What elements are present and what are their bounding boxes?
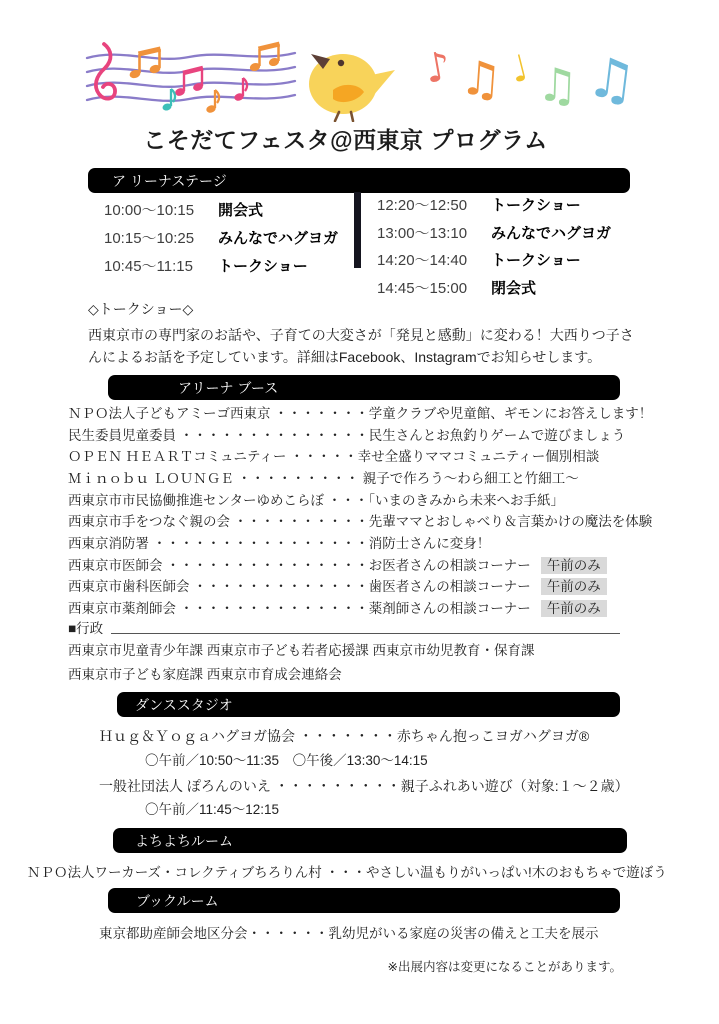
section-header-arena-stage: ア リーナステージ: [88, 168, 630, 193]
schedule-row: 13:00～13:10みんなでハグヨガ: [377, 220, 611, 248]
note-coral-icon: ♪: [422, 46, 454, 90]
schedule-row: 10:15～10:25みんなでハグヨガ: [104, 225, 338, 253]
section-header-book-room: ブックルーム: [108, 888, 620, 913]
section-header-arena-booth: アリーナ ブース: [108, 375, 620, 400]
administration-line: 西東京市児童青少年課 西東京市子ども若者応援課 西東京市幼児教育・保育課: [68, 640, 620, 661]
booth-text: 民生委員児童委員 ・・・・・・・・・・・・・・民生さんとお魚釣りゲームで遊びまし…: [68, 428, 625, 443]
section-header-label: ダンススタジオ: [135, 695, 233, 715]
note-orange-icon: ♫: [458, 55, 503, 105]
list-item: 西東京消防署 ・・・・・・・・・・・・・・・・消防士さんに変身！: [68, 533, 688, 555]
booth-text: Ｍｉｎｏｂｕ ＬＯＵＮＧＥ ・・・・・・・・・ 親子で作ろう～わら細工と竹細工～: [68, 471, 579, 486]
section-header-dance-studio: ダンススタジオ: [117, 692, 620, 717]
schedule-time: 13:00～13:10: [377, 220, 483, 248]
note-yellow-icon: ♩: [507, 50, 532, 89]
schedule-label: 閉会式: [491, 280, 536, 297]
list-item: 民生委員児童委員 ・・・・・・・・・・・・・・民生さんとお魚釣りゲームで遊びまし…: [68, 425, 688, 447]
music-staff-with-notes-icon: [83, 40, 298, 123]
talkshow-text-line: んによるお話を予定しています。詳細はFacebook、Instagramでお知ら…: [88, 346, 653, 368]
list-item: ＮＰＯ法人子どもアミーゴ西東京 ・・・・・・・学童クラブや児童館、ギモンにお答え…: [68, 403, 688, 425]
program-flyer-page: ♪ ♫ ♩ ♫ ♫ こそだてフェスタ@西東京 プログラム ア リーナステージ 1…: [0, 0, 719, 1024]
list-item: 西東京市市民協働推進センターゆめこらぼ ・・・「いまのきみから未来へお手紙」: [68, 490, 688, 512]
booth-text: 西東京消防署 ・・・・・・・・・・・・・・・・消防士さんに変身！: [68, 536, 490, 551]
morning-only-badge: 午前のみ: [541, 578, 607, 595]
schedule-label: みんなでハグヨガ: [218, 230, 338, 247]
administration-line: 西東京市子ども家庭課 西東京市育成会連絡会: [68, 664, 620, 685]
note-green-icon: ♫: [536, 61, 579, 108]
list-item: 一般社団法人 ぽろんのいえ ・・・・・・・・・親子ふれあい遊び（対象:１～２歳）: [99, 776, 629, 796]
booth-text: ＮＰＯ法人子どもアミーゴ西東京 ・・・・・・・学童クラブや児童館、ギモンにお答え…: [68, 406, 652, 421]
schedule-row: 10:00～10:15開会式: [104, 197, 338, 225]
note-blue-icon: ♫: [584, 49, 640, 110]
talkshow-text-line: 西東京市の専門家のお話や、子育ての大変さが「発見と感動」に変わる！大西りつ子さ: [88, 324, 653, 346]
section-header-label: ア リーナステージ: [112, 171, 227, 191]
booth-text: 西東京市薬剤師会 ・・・・・・・・・・・・・・薬剤師さんの相談コーナー: [68, 601, 531, 616]
list-item: 西東京市手をつなぐ親の会 ・・・・・・・・・・先輩ママとおしゃべり＆言葉かけの魔…: [68, 511, 688, 533]
schedule-time: 10:00～10:15: [104, 197, 210, 225]
list-item: Ｈｕｇ＆Ｙｏｇａハグヨガ協会 ・・・・・・・赤ちゃん抱っこヨガハグヨガ®: [99, 726, 589, 746]
section-header-yochiyochi-room: よちよちルーム: [113, 828, 627, 853]
administration-heading: ■行政: [68, 617, 620, 637]
disclaimer-note: ※出展内容は変更になることがあります。: [0, 957, 622, 975]
schedule-label: トークショー: [491, 197, 581, 214]
talkshow-title: ◇トークショー◇: [88, 299, 653, 319]
session-times: 〇午前／10:50～11:35 〇午後／13:30～14:15: [145, 749, 428, 769]
schedule-row: 12:20～12:50トークショー: [377, 192, 611, 220]
booth-list: ＮＰＯ法人子どもアミーゴ西東京 ・・・・・・・学童クラブや児童館、ギモンにお答え…: [68, 403, 688, 620]
schedule-label: トークショー: [218, 258, 308, 275]
page-title: こそだてフェスタ@西東京 プログラム: [0, 122, 705, 155]
stage-schedule-afternoon: 12:20～12:50トークショー 13:00～13:10みんなでハグヨガ 14…: [377, 192, 611, 302]
section-header-label: アリーナ ブース: [178, 378, 278, 398]
section-header-label: ブックルーム: [136, 891, 219, 911]
section-header-label: よちよちルーム: [135, 831, 233, 851]
chick-bird-icon: [303, 42, 398, 127]
heading-rule: [111, 633, 620, 634]
booth-text: 西東京市歯科医師会 ・・・・・・・・・・・・・歯医者さんの相談コーナー: [68, 579, 531, 594]
schedule-row: 14:20～14:40トークショー: [377, 247, 611, 275]
schedule-time: 12:20～12:50: [377, 192, 483, 220]
stage-schedule-morning: 10:00～10:15開会式 10:15～10:25みんなでハグヨガ 10:45…: [104, 197, 338, 281]
schedule-time: 10:15～10:25: [104, 225, 210, 253]
schedule-label: トークショー: [491, 252, 581, 269]
list-item: ＮＰＯ法人ワーカーズ・コレクティブちろりん村 ・・・やさしい温もりがいっぱい!木…: [27, 861, 712, 881]
morning-only-badge: 午前のみ: [541, 600, 607, 617]
schedule-row: 10:45～11:15トークショー: [104, 253, 338, 281]
list-item: 西東京市歯科医師会 ・・・・・・・・・・・・・歯医者さんの相談コーナー午前のみ: [68, 576, 688, 598]
talkshow-description: ◇トークショー◇ 西東京市の専門家のお話や、子育ての大変さが「発見と感動」に変わ…: [88, 299, 653, 369]
schedule-time: 14:20～14:40: [377, 247, 483, 275]
administration-label: ■行政: [68, 617, 103, 637]
list-item: 東京都助産師会地区分会・・・・・・乳幼児がいる家庭の災害の備えと工夫を展示: [99, 922, 599, 942]
booth-text: ＯＰＥＮ ＨＥＡＲＴコミュニティー ・・・・・幸せ全盛りママコミュニティー個別相…: [68, 449, 599, 464]
morning-only-badge: 午前のみ: [541, 557, 607, 574]
music-notes-icon: ♪ ♫ ♩ ♫ ♫: [425, 46, 645, 108]
schedule-time: 10:45～11:15: [104, 253, 210, 281]
list-item: ＯＰＥＮ ＨＥＡＲＴコミュニティー ・・・・・幸せ全盛りママコミュニティー個別相…: [68, 446, 688, 468]
schedule-divider: [354, 192, 361, 268]
schedule-label: みんなでハグヨガ: [491, 225, 611, 242]
booth-text: 西東京市医師会 ・・・・・・・・・・・・・・・お医者さんの相談コーナー: [68, 558, 531, 573]
session-times: 〇午前／11:45～12:15: [145, 798, 279, 818]
schedule-label: 開会式: [218, 202, 263, 219]
booth-text: 西東京市市民協働推進センターゆめこらぼ ・・・「いまのきみから未来へお手紙」: [68, 493, 564, 508]
list-item: Ｍｉｎｏｂｕ ＬＯＵＮＧＥ ・・・・・・・・・ 親子で作ろう～わら細工と竹細工～: [68, 468, 688, 490]
booth-text: 西東京市手をつなぐ親の会 ・・・・・・・・・・先輩ママとおしゃべり＆言葉かけの魔…: [68, 514, 652, 529]
administration-block: ■行政 西東京市児童青少年課 西東京市子ども若者応援課 西東京市幼児教育・保育課…: [68, 617, 620, 685]
list-item: 西東京市医師会 ・・・・・・・・・・・・・・・お医者さんの相談コーナー午前のみ: [68, 555, 688, 577]
